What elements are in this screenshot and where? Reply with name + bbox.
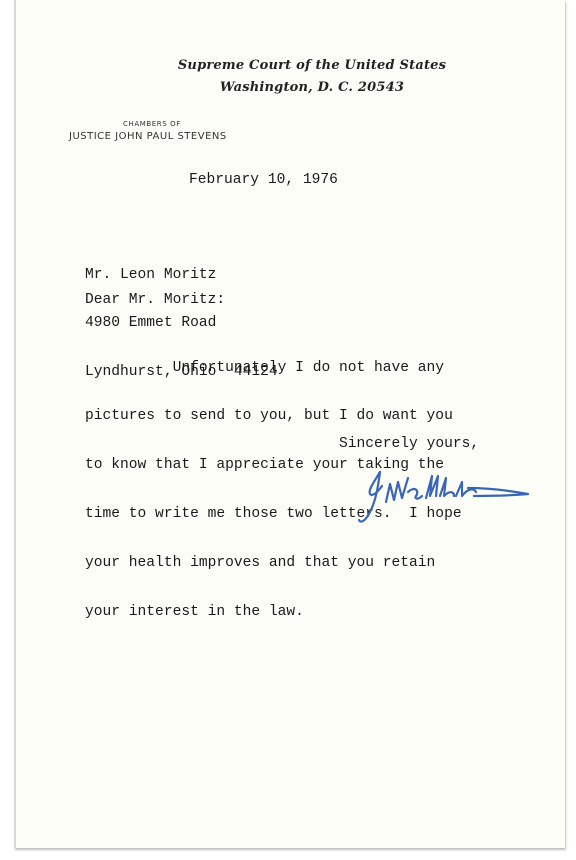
recipient-name: Mr. Leon Moritz	[85, 267, 278, 283]
letter-date: February 10, 1976	[189, 172, 338, 188]
body-line: your interest in the law.	[85, 604, 462, 620]
chambers-label: CHAMBERS OF	[123, 120, 181, 128]
body-line: Unfortunately I do not have any	[85, 360, 462, 376]
body-line: your health improves and that you retain	[85, 555, 462, 571]
body-line: pictures to send to you, but I do want y…	[85, 408, 462, 424]
salutation: Dear Mr. Moritz:	[85, 292, 225, 308]
letter-paper: Supreme Court of the United States Washi…	[14, 0, 565, 848]
closing: Sincerely yours,	[339, 436, 479, 452]
letterhead-court-name: Supreme Court of the United States	[132, 58, 492, 73]
signature	[356, 462, 536, 532]
letterhead-address: Washington, D. C. 20543	[132, 80, 492, 95]
chambers-justice-name: JUSTICE JOHN PAUL STEVENS	[69, 131, 227, 142]
